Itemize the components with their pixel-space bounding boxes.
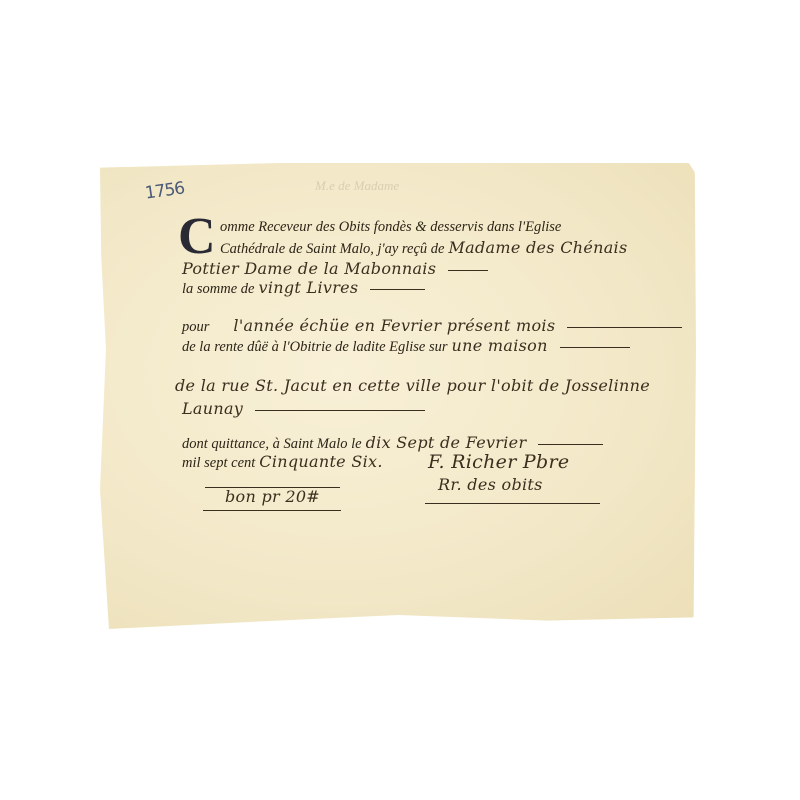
signature-name: F. Richer Pbre xyxy=(428,451,569,473)
line-7: de la rue St. Jacut en cette ville pour … xyxy=(175,376,650,396)
property-text: une maison xyxy=(452,336,548,355)
printed-text: de la rente dûë à l'Obitrie de ladite Eg… xyxy=(182,339,448,355)
amount-note: bon pr 20# xyxy=(225,487,320,506)
address-text: de la rue St. Jacut en cette ville pour … xyxy=(175,376,650,395)
line-9: dont quittance, à Saint Malo le dix Sept… xyxy=(182,433,603,453)
fill-rule xyxy=(538,444,603,445)
fill-rule xyxy=(370,289,425,290)
printed-text: la somme de xyxy=(182,281,255,297)
drop-cap: C xyxy=(178,211,216,263)
year-annotation: 1756 xyxy=(144,178,186,203)
printed-text: Cathédrale de Saint Malo, j'ay reçû de xyxy=(220,241,444,257)
printed-text: dont quittance, à Saint Malo le xyxy=(182,436,362,452)
receipt-document: M.e de Madame 1756 C omme Receveur des O… xyxy=(100,163,696,629)
line-8: Launay xyxy=(182,399,425,419)
fill-rule xyxy=(567,327,682,328)
amount-text: vingt Livres xyxy=(259,278,359,297)
deceased-name: Launay xyxy=(182,399,243,418)
payer-name: Madame des Chénais xyxy=(448,238,627,257)
fill-rule xyxy=(560,347,630,348)
year-text: Cinquante Six. xyxy=(259,452,382,471)
line-4: la somme de vingt Livres xyxy=(182,278,425,298)
bleedthrough-text: M.e de Madame xyxy=(315,178,399,194)
period-text: l'année échüe en Fevrier présent mois xyxy=(233,316,555,335)
fill-rule xyxy=(448,270,488,271)
printed-text: omme Receveur des Obits fondès & desserv… xyxy=(220,219,561,235)
line-1: omme Receveur des Obits fondès & desserv… xyxy=(220,218,561,236)
payer-title: Pottier Dame de la Mabonnais xyxy=(182,259,436,278)
printed-text: mil sept cent xyxy=(182,455,255,471)
fill-rule xyxy=(255,410,425,411)
signature-title: Rr. des obits xyxy=(438,475,543,494)
line-5: pour l'année échüe en Fevrier présent mo… xyxy=(182,316,682,336)
signature-flourish xyxy=(425,503,600,504)
date-text: dix Sept de Fevrier xyxy=(366,433,527,452)
line-2: Cathédrale de Saint Malo, j'ay reçû de M… xyxy=(220,238,627,258)
amount-note-underline xyxy=(203,510,341,511)
line-3: Pottier Dame de la Mabonnais xyxy=(182,259,488,279)
line-6: de la rente dûë à l'Obitrie de ladite Eg… xyxy=(182,336,630,356)
line-10: mil sept cent Cinquante Six. xyxy=(182,452,383,472)
printed-text: pour xyxy=(182,319,209,335)
